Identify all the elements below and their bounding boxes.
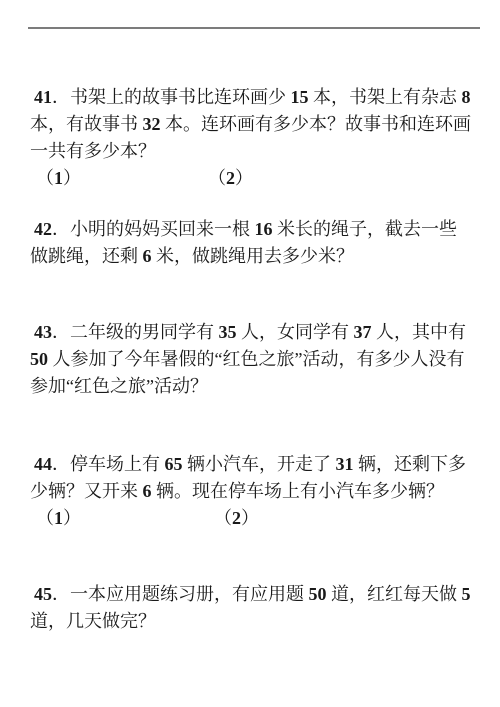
- problem-41-answer-slot-2: （2）: [208, 165, 253, 192]
- problem-45: 45．一本应用题练习册，有应用题 50 道，红红每天做 5道，几天做完？: [30, 581, 477, 635]
- problem-41: 41．书架上的故事书比连环画少 15 本，书架上有杂志 8本，有故事书 32 本…: [30, 84, 477, 192]
- problem-44-answer-slots: （1）（2）: [30, 505, 477, 532]
- problem-44-line-2: 少辆？又开来 6 辆。现在停车场上有小汽车多少辆？: [30, 478, 477, 505]
- problem-41-line-3: 一共有多少本？: [30, 138, 477, 165]
- problem-43-line-1: 43．二年级的男同学有 35 人，女同学有 37 人，其中有: [30, 319, 477, 346]
- problem-42-line-1: 42．小明的妈妈买回来一根 16 米长的绳子，截去一些: [30, 216, 477, 243]
- problem-44-answer-slot-2: （2）: [214, 505, 259, 532]
- top-divider-rule: [28, 27, 480, 29]
- problem-44-answer-slot-1: （1）: [36, 505, 81, 532]
- problem-41-line-1: 41．书架上的故事书比连环画少 15 本，书架上有杂志 8: [30, 84, 477, 111]
- problem-41-line-2: 本，有故事书 32 本。连环画有多少本？故事书和连环画: [30, 111, 477, 138]
- problem-45-line-1: 45．一本应用题练习册，有应用题 50 道，红红每天做 5: [30, 581, 477, 608]
- problem-44-line-1: 44．停车场上有 65 辆小汽车，开走了 31 辆，还剩下多: [30, 451, 477, 478]
- problem-42: 42．小明的妈妈买回来一根 16 米长的绳子，截去一些做跳绳，还剩 6 米，做跳…: [30, 216, 477, 270]
- problem-43-line-2: 50 人参加了今年暑假的“红色之旅”活动，有多少人没有: [30, 346, 477, 373]
- problem-41-answer-slots: （1）（2）: [30, 165, 477, 192]
- problem-43: 43．二年级的男同学有 35 人，女同学有 37 人，其中有50 人参加了今年暑…: [30, 319, 477, 400]
- problem-44: 44．停车场上有 65 辆小汽车，开走了 31 辆，还剩下多少辆？又开来 6 辆…: [30, 451, 477, 532]
- worksheet-page: 41．书架上的故事书比连环画少 15 本，书架上有杂志 8本，有故事书 32 本…: [0, 0, 500, 707]
- problem-41-answer-slot-1: （1）: [36, 165, 81, 192]
- problem-42-line-2: 做跳绳，还剩 6 米，做跳绳用去多少米？: [30, 243, 477, 270]
- problem-45-line-2: 道，几天做完？: [30, 608, 477, 635]
- problem-43-line-3: 参加“红色之旅”活动？: [30, 373, 477, 400]
